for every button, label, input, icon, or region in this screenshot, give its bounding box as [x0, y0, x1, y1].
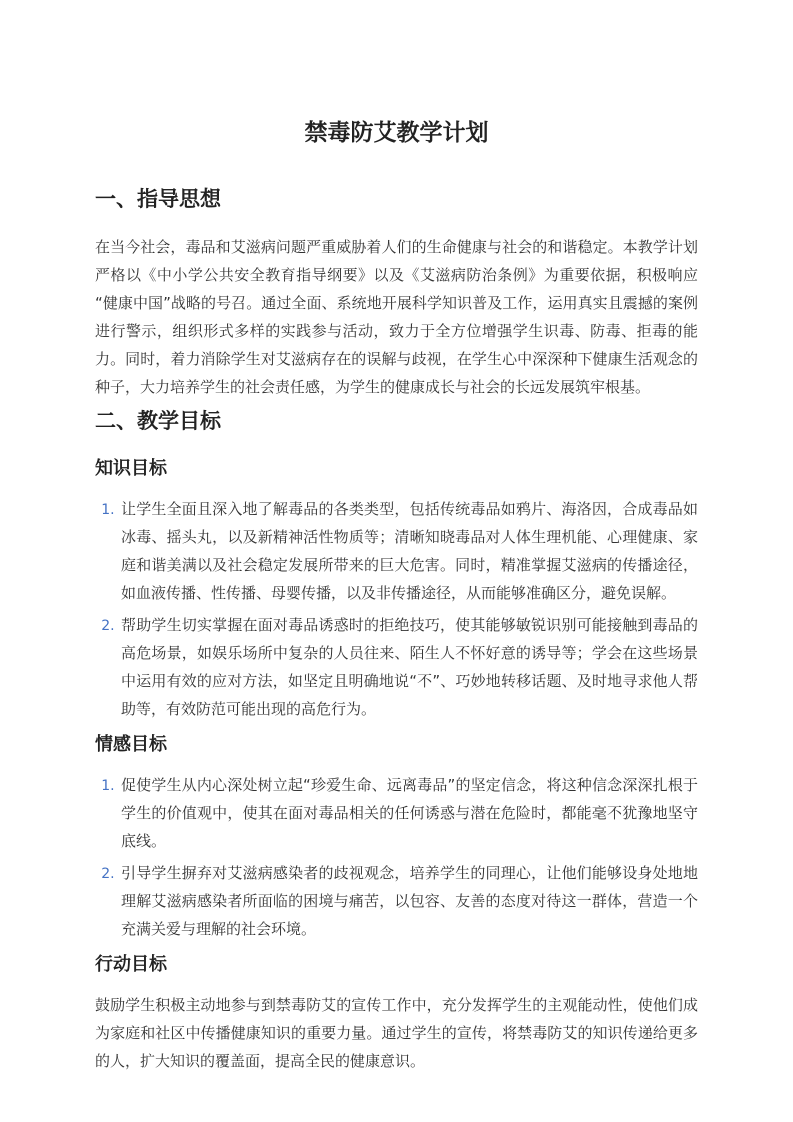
action-goals-paragraph: 鼓励学生积极主动地参与到禁毒防艾的宣传工作中，充分发挥学生的主观能动性，使他们成…	[95, 991, 698, 1075]
guiding-ideology-paragraph: 在当今社会，毒品和艾滋病问题严重威胁着人们的生命健康与社会的和谐稳定。本教学计划…	[95, 233, 698, 401]
document-page: 禁毒防艾教学计划 一、指导思想 在当今社会，毒品和艾滋病问题严重威胁着人们的生命…	[0, 0, 793, 1122]
section-heading-guiding-ideology: 一、指导思想	[95, 185, 698, 213]
subsection-heading-emotion-goals: 情感目标	[95, 731, 698, 759]
section-heading-teaching-goals: 二、教学目标	[95, 407, 698, 435]
list-item: 引导学生摒弃对艾滋病感染者的歧视观念，培养学生的同理心，让他们能够设身处地地理解…	[119, 859, 698, 943]
list-item: 帮助学生切实掌握在面对毒品诱惑时的拒绝技巧，使其能够敏锐识别可能接触到毒品的高危…	[119, 611, 698, 723]
document-title: 禁毒防艾教学计划	[95, 118, 698, 149]
subsection-heading-knowledge-goals: 知识目标	[95, 455, 698, 483]
knowledge-goals-list: 让学生全面且深入地了解毒品的各类类型，包括传统毒品如鸦片、海洛因，合成毒品如冰毒…	[95, 495, 698, 723]
list-item: 让学生全面且深入地了解毒品的各类类型，包括传统毒品如鸦片、海洛因，合成毒品如冰毒…	[119, 495, 698, 607]
subsection-heading-action-goals: 行动目标	[95, 951, 698, 979]
emotion-goals-list: 促使学生从内心深处树立起“珍爱生命、远离毒品”的坚定信念，将这种信念深深扎根于学…	[95, 771, 698, 943]
list-item: 促使学生从内心深处树立起“珍爱生命、远离毒品”的坚定信念，将这种信念深深扎根于学…	[119, 771, 698, 855]
